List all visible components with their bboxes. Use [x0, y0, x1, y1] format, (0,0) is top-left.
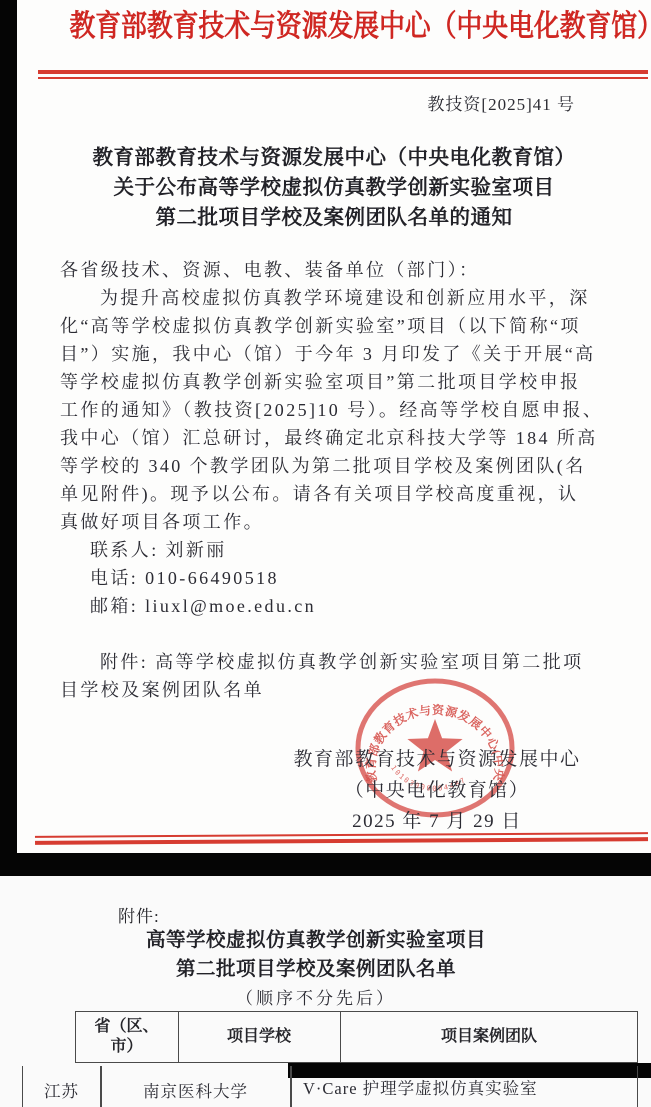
signature-block: 教育部教育技术与资源发展中心 （中央电化教育馆） 2025 年 7 月 29 日	[262, 744, 612, 837]
attachment-title-line-1: 高等学校虚拟仿真教学创新实验室项目	[0, 926, 632, 955]
scanned-document: 教育部教育技术与资源发展中心（中央电化教育馆）函件 教技资[2025]41 号 …	[0, 0, 651, 1107]
document-number: 教技资[2025]41 号	[427, 90, 575, 115]
body-line: 真做好项目各项工作。	[60, 508, 605, 536]
body-line: 化“高等学校虚拟仿真教学创新实验室”项目（以下简称“项	[60, 312, 605, 340]
letterhead-banner: 教育部教育技术与资源发展中心（中央电化教育馆）函件	[17, 8, 651, 46]
table-header-province: 省（区、市）	[76, 1012, 177, 1062]
body-line: 我中心（馆）汇总研讨，最终确定北京科技大学等 184 所高	[60, 424, 605, 452]
blank-line	[60, 620, 605, 648]
body-line: 目”）实施，我中心（馆）于今年 3 月印发了《关于开展“高	[60, 340, 605, 368]
table-cell-province: 江苏	[23, 1078, 100, 1107]
body-line: 等学校的 340 个教学团队为第二批项目学校及案例团队(名	[60, 452, 605, 480]
table-header-school: 项目学校	[179, 1012, 339, 1062]
document-page-1: 教育部教育技术与资源发展中心（中央电化教育馆）函件 教技资[2025]41 号 …	[0, 0, 651, 853]
page-gap	[0, 853, 651, 876]
table-cell-team: V·Care 护理学虚拟仿真实验室	[291, 1075, 639, 1107]
body-line: 为提升高校虚拟仿真教学环境建设和创新应用水平，深	[60, 284, 605, 312]
attachment-label: 附件:	[118, 902, 160, 927]
header-rule	[38, 70, 648, 79]
contact-phone: 电话: 010-66490518	[60, 564, 605, 592]
notice-body: 各省级技术、资源、电教、装备单位（部门）： 为提升高校虚拟仿真教学环境建设和创新…	[60, 256, 605, 704]
scan-edge-left	[0, 0, 17, 853]
notice-title-line-1: 教育部教育技术与资源发展中心（中央电化教育馆）	[17, 143, 651, 173]
table-cell-school: 南京医科大学	[101, 1078, 290, 1107]
salutation: 各省级技术、资源、电教、装备单位（部门）：	[60, 256, 605, 284]
document-page-2-attachment: 附件: 高等学校虚拟仿真教学创新实验室项目 第二批项目学校及案例团队名单 （顺序…	[0, 876, 651, 1107]
notice-title: 教育部教育技术与资源发展中心（中央电化教育馆） 关于公布高等学校虚拟仿真教学创新…	[17, 143, 651, 233]
contact-person: 联系人: 刘新丽	[60, 536, 605, 564]
body-line: 等学校虚拟仿真教学创新实验室项目”第二批项目学校申报	[60, 368, 605, 396]
body-line: 工作的通知》（教技资[2025]10 号）。经高等学校自愿申报、	[60, 396, 605, 424]
letterhead-banner-text: 教育部教育技术与资源发展中心（中央电化教育馆）函件	[70, 8, 651, 46]
attachment-subtitle: （顺序不分先后）	[0, 984, 632, 1009]
notice-title-line-2: 关于公布高等学校虚拟仿真教学创新实验室项目	[17, 173, 651, 203]
signature-org-line-1: 教育部教育技术与资源发展中心	[262, 744, 612, 775]
notice-title-line-3: 第二批项目学校及案例团队名单的通知	[17, 203, 651, 233]
signature-org-line-2: （中央电化教育馆）	[262, 775, 612, 806]
table-header-team: 项目案例团队	[341, 1012, 637, 1062]
header-rule-thick-line	[38, 70, 648, 74]
attachment-title-line-2: 第二批项目学校及案例团队名单	[0, 955, 632, 984]
contact-email: 邮箱: liuxl@moe.edu.cn	[60, 592, 605, 620]
footer-rule	[35, 832, 648, 845]
attachment-title: 高等学校虚拟仿真教学创新实验室项目 第二批项目学校及案例团队名单	[0, 926, 632, 984]
table-row: 江苏 南京医科大学 V·Care 护理学虚拟仿真实验室	[22, 1066, 638, 1107]
body-line: 单见附件)。现予以公布。请各有关项目学校高度重视，认	[60, 480, 605, 508]
table-header-row: 省（区、市） 项目学校 项目案例团队	[75, 1011, 638, 1063]
footer-rule-thick-line	[35, 837, 648, 845]
header-rule-thin-line	[38, 77, 648, 79]
